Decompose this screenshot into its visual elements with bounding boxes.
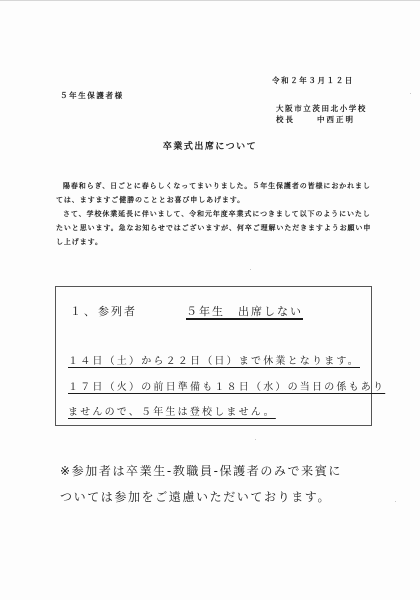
- note-line: ついては参加をご遠慮いただいております。: [60, 484, 342, 510]
- notice-line: １４日（土）から２２日（日）まで休業となります。: [68, 352, 360, 367]
- scan-speck: [250, 269, 251, 270]
- attendee-note: ※参加者は卒業生-教職員-保護者のみで来賓に ついては参加をご遠慮いただいており…: [60, 458, 342, 510]
- document-title: 卒業式出席について: [0, 139, 420, 152]
- body-paragraph-greeting: 陽春和らぎ、日ごとに春らしくなってまいりました。５年生保護者の皆様におかれまして…: [56, 179, 374, 207]
- notice-item-heading: １、参列者 ５年生 出席しない: [70, 303, 137, 319]
- item-number: １、: [70, 305, 98, 318]
- addressee: ５年生保護者様: [60, 90, 124, 101]
- item-value: ５年生 出席しない: [186, 303, 303, 319]
- sender-name: 中西正明: [317, 115, 355, 124]
- letter-page: 令和２年３月１２日 ５年生保護者様 大阪市立茨田北小学校 校長中西正明 卒業式出…: [0, 0, 420, 600]
- scan-speck: [395, 501, 396, 502]
- notice-line: １７日（火）の前日準備も１８日（水）の当日の係もあり: [68, 378, 385, 393]
- notice-box: １、参列者 ５年生 出席しない １４日（土）から２２日（日）まで休業となります。…: [55, 286, 372, 426]
- scan-speck: [410, 93, 411, 94]
- sender-school: 大阪市立茨田北小学校: [276, 103, 367, 114]
- scan-speck: [255, 439, 256, 440]
- letter-date: 令和２年３月１２日: [272, 75, 354, 86]
- body-paragraph-announcement: さて、学校休業延長に伴いまして、令和元年度卒業式につきまして以下のようにいたした…: [56, 207, 374, 249]
- notice-line: ませんので、５年生は登校しません。: [68, 403, 276, 418]
- item-label: 参列者: [98, 305, 137, 318]
- sender-principal: 校長中西正明: [276, 114, 355, 125]
- sender-title: 校長: [276, 115, 295, 124]
- letter-body: 陽春和らぎ、日ごとに春らしくなってまいりました。５年生保護者の皆様におかれまして…: [56, 179, 374, 249]
- note-line: ※参加者は卒業生-教職員-保護者のみで来賓に: [60, 458, 342, 484]
